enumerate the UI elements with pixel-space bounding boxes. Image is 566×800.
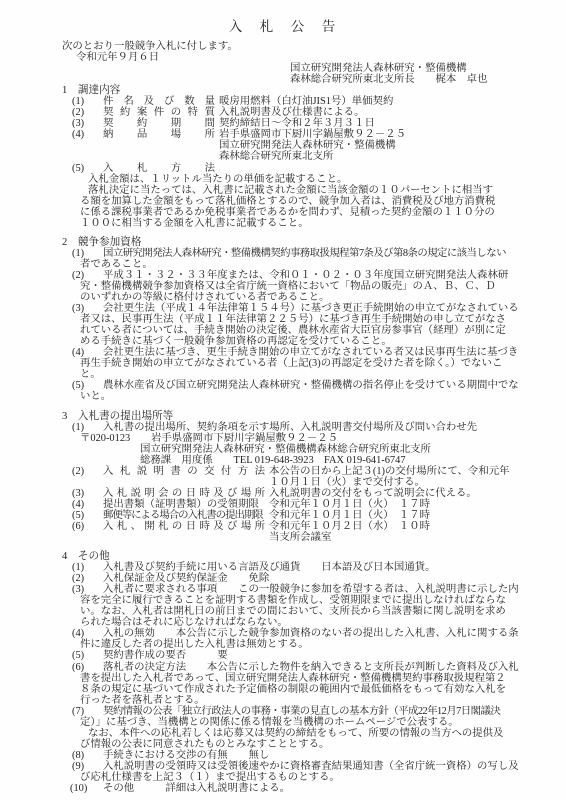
continuation-line: び情報の公表に同意されたものとみなすこととする。 xyxy=(0,739,566,750)
item-number: (10) xyxy=(70,783,99,794)
continuation-line: 者であること。 xyxy=(0,259,566,270)
text-segment: 落札者の決定方法 本公告に示した物件を納入できると支所長が判断した資料及び入札 xyxy=(103,662,519,673)
item-line: (2)入札保証金及び契約保証金 免除 xyxy=(0,573,566,584)
text-segment: られた場合はそれに応じなければならない。 xyxy=(80,617,288,628)
text-segment: 3 入札書の提出場所等 xyxy=(62,411,173,422)
item-line: (5)入札方法 xyxy=(0,163,566,174)
text-segment: 者であること。 xyxy=(80,259,153,270)
item-line: (6)落札者の決定方法 本公告に示した物件を納入できると支所長が判断した資料及び… xyxy=(0,662,566,673)
item-line: (5)契約書作成の要否 要 xyxy=(0,650,566,661)
text-segment: 当支所会議室 xyxy=(269,532,331,543)
text-segment: 総務課 用度係 TEL 019-648-3923 FAX 019-641-674… xyxy=(140,455,406,466)
item-label: 提出書類（証明書類）の受領期限 xyxy=(103,499,265,510)
text-segment: ８条の規定に基づいて作成された予定価格の制限の範囲内で最低価格をもって有効な入札… xyxy=(80,684,506,695)
continuation-line: 書を提出した入札者であって、国立研究開発法人森林研究・整備機構契約事務取扱規程第… xyxy=(0,673,566,684)
item-line: (3)会社更生法（平成１４年法律第１５４号）に基づき更正手続開始の申立てがなされ… xyxy=(0,303,566,314)
item-number: (5) xyxy=(72,380,99,391)
continuation-line: に係る課税事業者であるか免税事業者であるかを問わず、見積った契約金額の１１０分の xyxy=(0,207,566,218)
item-number: (8) xyxy=(72,750,99,761)
continuation-line: なお、本件への応札若しくは応募又は契約の締結をもって、所要の情報の当方への提供及 xyxy=(0,728,566,739)
item-line: (10)その他 詳細は入札説明書による。 xyxy=(0,783,566,794)
item-label: 契約期間 xyxy=(103,118,215,129)
section-4-heading: 4 その他 xyxy=(0,551,566,562)
continuation-line: １００に相当する金額を入札書に記載すること。 xyxy=(0,218,566,229)
item-line: (4)納品場所岩手県盛岡市下厨川字鍋屋敷９２－２５ xyxy=(0,129,566,140)
text-segment: 岩手県盛岡市下厨川字鍋屋敷９２－２５ xyxy=(219,129,406,140)
document-page: 入 札 公 告次のとおり一般競争入札に付します。令和元年９月６日国立研究開発法人… xyxy=(0,0,566,800)
item-number: (6) xyxy=(72,662,99,673)
item-line: (6)入札、開札の日時及び場所令和元年１０月２日（水） １０時 xyxy=(0,521,566,532)
item-label: 入札説明書の交付方法 xyxy=(103,466,265,477)
text-segment: 入札金額は、１リットル当たりの単価を記載すること。 xyxy=(88,174,347,185)
text-segment: 入 札 公 告 xyxy=(229,19,338,34)
text-segment: 手続きにおける交渉の有無 無し xyxy=(103,750,269,761)
item-number: (2) xyxy=(72,573,99,584)
item-number: (4) xyxy=(72,499,99,510)
item-label: 契約案件の特質 xyxy=(103,107,215,118)
continuation-line: い。なお、入札者は開札日の前日までの間において、支所長から当該書類に関し説明を求… xyxy=(0,606,566,617)
item-number: (7) xyxy=(72,706,99,717)
item-label: 郵便等による場合の入札書の提出期限 xyxy=(103,510,265,521)
text-segment: 次のとおり一般競争入札に付します。 xyxy=(62,41,238,52)
text-segment: 本公告の日から上記３(1)の交付場所にて、令和元年 xyxy=(269,466,510,477)
issuer-org-line: 国立研究開発法人森林研究・整備機構 xyxy=(0,63,566,74)
text-segment: れている者については、手続き開始の決定後、農林水産省大臣官房参事官（経理）が別に… xyxy=(80,325,506,336)
continuation-line: める手続きに基づく一般競争参加資格の再認定を受けていること。 xyxy=(0,336,566,347)
text-segment: 入札説明書の受領時又は受領後速やかに資格審査結果通知書（全省庁統一資格）の写し及 xyxy=(103,761,519,772)
text-segment: 〒020-0123 岩手県盛岡市下厨川字鍋屋敷９２－２５ xyxy=(80,433,338,444)
text-segment: に係る課税事業者であるか免税事業者であるかを問わず、見積った契約金額の１１０分の xyxy=(80,207,495,218)
text-segment: 平成３１・３２・３３年度または、令和０１・０２・０３年度国立研究開発法人森林研 xyxy=(103,270,508,281)
text-segment: 1 調達内容 xyxy=(62,85,120,96)
text-segment: 書を提出した入札者であって、国立研究開発法人森林研究・整備機構契約事務取扱規程第… xyxy=(80,673,506,684)
continuation-line: 件に違反した者の提出した入札書は無効とする。 xyxy=(0,639,566,650)
date-line: 令和元年９月６日 xyxy=(0,52,566,63)
item-line: (5)農林水産省及び国立研究開発法人森林研究・整備機構の指名停止を受けている期間… xyxy=(0,380,566,391)
continuation-line: 者又は、民事再生法（平成１１年法律第２２５号）に基づき再生手続開始の申し立てがな… xyxy=(0,314,566,325)
continuation-line: 究・整備機構競争参加資格又は全省庁統一資格において「物品の販売」のＡ、Ｂ、Ｃ、Ｄ xyxy=(0,281,566,292)
continuation-line: 行った者を落札者とする。 xyxy=(0,695,566,706)
item-number: (3) xyxy=(72,118,99,129)
item-label: 入札方法 xyxy=(103,163,215,174)
item-line: (2)契約案件の特質入札説明書及び仕様書による。 xyxy=(0,107,566,118)
continuation-line: れている者については、手続き開始の決定後、農林水産省大臣官房参事官（経理）が別に… xyxy=(0,325,566,336)
text-segment: 入札説明書の交付をもって説明会に代える。 xyxy=(269,488,477,499)
item-number: (6) xyxy=(72,521,99,532)
text-segment: 契約締結日～令和２年３月３１日 xyxy=(219,118,375,129)
text-segment: 入札保証金及び契約保証金 免除 xyxy=(103,573,269,584)
text-segment: 究・整備機構競争参加資格又は全省庁統一資格において「物品の販売」のＡ、Ｂ、Ｃ、Ｄ xyxy=(80,281,496,292)
item-line: (7)契約情報の公表「独立行政法人の事務・事業の見直しの基本方針（平成22年12… xyxy=(0,706,566,717)
continuation-line: と。 xyxy=(0,369,566,380)
item-number: (1) xyxy=(72,96,99,107)
text-segment: 落札決定に当たっては、入札書に記載された金額に当該金額の１０パーセントに相当す xyxy=(88,185,493,196)
continuation-line: 総務課 用度係 TEL 019-648-3923 FAX 019-641-674… xyxy=(0,455,566,466)
continuation-line: 容を完全に履行できることを証明する書類を作成し、受領期限までに提出しなければなら… xyxy=(0,595,566,606)
text-segment: 令和元年１０月１日（火） １７時 xyxy=(269,510,430,521)
text-segment: 国立研究開発法人森林研究・整備機構 xyxy=(290,63,467,74)
text-segment: 農林水産省及び国立研究開発法人森林研究・整備機構の指名停止を受けている期間中でな xyxy=(103,380,519,391)
text-segment: 令和元年１０月２日（水） １０時 xyxy=(269,521,430,532)
item-number: (4) xyxy=(72,347,99,358)
item-line: (3)入札者に要求される事項 この一般競争に参加を希望する者は、入札説明書に示し… xyxy=(0,584,566,595)
item-line: (4)提出書類（証明書類）の受領期限令和元年１０月１日（火） １７時 xyxy=(0,499,566,510)
text-segment: 定）」に基づき、当機構との関係に係る情報を当機構のホームページで公表する。 xyxy=(80,717,459,728)
text-segment: 会社更生法に基づき、更生手続き開始の申立てがなされている者又は民事再生法に基づき xyxy=(103,347,518,358)
text-segment: 入札説明書及び仕様書による。 xyxy=(219,107,364,118)
item-line: (9)入札説明書の受領時又は受領後速やかに資格審査結果通知書（全省庁統一資格）の… xyxy=(0,761,566,772)
text-segment: 入札書及び契約手続に用いる言語及び通貨 日本語及び日本国通貨。 xyxy=(103,562,436,573)
continuation-line: ８条の規定に基づいて作成された予定価格の制限の範囲内で最低価格をもって有効な入札… xyxy=(0,684,566,695)
text-segment: 国立研究開発法人森林研究・整備機構森林総合研究所東北支所 xyxy=(140,444,431,455)
continuation-line: 入札金額は、１リットル当たりの単価を記載すること。 xyxy=(0,174,566,185)
item-line: (1)件名及び数量暖房用燃料（白灯油JIS1号）単価契約 xyxy=(0,96,566,107)
text-segment: 入札書の提出場所、契約条項を示す場所、入札説明書交付場所及び問い合わせ先 xyxy=(103,422,477,433)
continuation-line: 国立研究開発法人森林研究・整備機構 xyxy=(0,140,566,151)
item-line: (4)入札の無効 本公告に示した競争参加資格のない者の提出した入札書、入札に関す… xyxy=(0,628,566,639)
item-line: (2)平成３１・３２・３３年度または、令和０１・０２・０３年度国立研究開発法人森… xyxy=(0,270,566,281)
continuation-line: 定）」に基づき、当機構との関係に係る情報を当機構のホームページで公表する。 xyxy=(0,717,566,728)
item-line: (4)会社更生法に基づき、更生手続き開始の申立てがなされている者又は民事再生法に… xyxy=(0,347,566,358)
item-line: (1)入札書及び契約手続に用いる言語及び通貨 日本語及び日本国通貨。 xyxy=(0,562,566,573)
section-2-heading: 2 競争参加資格 xyxy=(0,237,566,248)
item-label: 入札説明会の日時及び場所 xyxy=(103,488,265,499)
item-line: (1)入札書の提出場所、契約条項を示す場所、入札説明書交付場所及び問い合わせ先 xyxy=(0,422,566,433)
continuation-line: 国立研究開発法人森林研究・整備機構森林総合研究所東北支所 xyxy=(0,444,566,455)
item-number: (2) xyxy=(72,466,99,477)
continuation-line: のいずれかの等級に格付けされている者であること。 xyxy=(0,292,566,303)
text-segment: と。 xyxy=(80,369,101,380)
item-line: (2)入札説明書の交付方法本公告の日から上記３(1)の交付場所にて、令和元年 xyxy=(0,466,566,477)
text-segment: び情報の公表に同意されたものとみなすこととする。 xyxy=(80,739,329,750)
item-line: (3)契約期間契約締結日～令和２年３月３１日 xyxy=(0,118,566,129)
text-segment: 契約書作成の要否 要 xyxy=(103,650,228,661)
text-segment: いと。 xyxy=(80,391,111,402)
item-label: 件名及び数量 xyxy=(103,96,215,107)
continuation-line: び応札仕様書を上記３（１）まで提出するものとする。 xyxy=(0,772,566,783)
text-segment: 容を完全に履行できることを証明する書類を作成し、受領期限までに提出しなければなら… xyxy=(80,595,506,606)
item-line: (8)手続きにおける交渉の有無 無し xyxy=(0,750,566,761)
item-number: (2) xyxy=(72,107,99,118)
text-segment: なお、本件への応札若しくは応募又は契約の締結をもって、所要の情報の当方への提供及 xyxy=(88,728,503,739)
text-segment: 暖房用燃料（白灯油JIS1号）単価契約 xyxy=(219,96,393,107)
text-segment: １０月１日（火）まで交付する。 xyxy=(269,477,425,488)
item-number: (1) xyxy=(72,562,99,573)
section-3-heading: 3 入札書の提出場所等 xyxy=(0,411,566,422)
text-segment: 契約情報の公表「独立行政法人の事務・事業の見直しの基本方針（平成22年12月7日… xyxy=(103,706,500,717)
continuation-line: 当支所会議室 xyxy=(0,532,566,543)
item-number: (1) xyxy=(72,248,99,259)
text-segment: 入札者に要求される事項 この一般競争に参加を希望する者は、入札説明書に示した内 xyxy=(103,584,519,595)
continuation-line: 森林総合研究所東北支所 xyxy=(0,151,566,162)
text-segment: 会社更生法（平成１４年法律第１５４号）に基づき更正手続開始の申立てがなされている xyxy=(103,303,519,314)
item-label: 入札、開札の日時及び場所 xyxy=(103,521,265,532)
text-segment: のいずれかの等級に格付けされている者であること。 xyxy=(80,292,329,303)
item-number: (3) xyxy=(72,488,99,499)
continuation-line: られた場合はそれに応じなければならない。 xyxy=(0,617,566,628)
text-segment: 2 競争参加資格 xyxy=(62,237,141,248)
text-segment: 件に違反した者の提出した入札書は無効とする。 xyxy=(80,639,309,650)
text-segment: 国立研究開発法人森林研究・整備機構 xyxy=(219,140,396,151)
text-segment: い。なお、入札者は開札日の前日までの間において、支所長から当該書類に関し説明を求… xyxy=(80,606,506,617)
item-number: (4) xyxy=(72,129,99,140)
item-number: (2) xyxy=(72,270,99,281)
continuation-line: いと。 xyxy=(0,391,566,402)
item-number: (3) xyxy=(72,584,99,595)
text-segment: び応札仕様書を上記３（１）まで提出するものとする。 xyxy=(80,772,340,783)
item-number: (4) xyxy=(72,628,99,639)
text-segment: 森林総合研究所東北支所 xyxy=(219,151,333,162)
text-segment: １００に相当する金額を入札書に記載すること。 xyxy=(80,218,309,229)
item-label: 納品場所 xyxy=(103,129,215,140)
continuation-line: 落札決定に当たっては、入札書に記載された金額に当該金額の１０パーセントに相当す xyxy=(0,185,566,196)
item-line: (5)郵便等による場合の入札書の提出期限令和元年１０月１日（火） １７時 xyxy=(0,510,566,521)
item-number: (9) xyxy=(72,761,99,772)
text-segment: その他 詳細は入札説明書による。 xyxy=(103,783,290,794)
text-segment: 森林総合研究所東北支所長 梶本 卓也 xyxy=(290,74,487,85)
item-line: (1)国立研究開発法人森林研究・整備機構契約事務取扱規程第7条及び第8条の規定に… xyxy=(0,248,566,259)
continuation-line: 再生手続き開始の申立てがなされている者（上記(3)の再認定を受けた者を除く。）で… xyxy=(0,358,566,369)
item-number: (3) xyxy=(72,303,99,314)
continuation-line: １０月１日（火）まで交付する。 xyxy=(0,477,566,488)
item-number: (5) xyxy=(72,510,99,521)
text-segment: 4 その他 xyxy=(62,551,110,562)
item-number: (5) xyxy=(72,650,99,661)
section-1-heading: 1 調達内容 xyxy=(0,85,566,96)
item-number: (5) xyxy=(72,163,99,174)
text-segment: 令和元年１０月１日（火） １７時 xyxy=(269,499,430,510)
text-segment: める手続きに基づく一般競争参加資格の再認定を受けていること。 xyxy=(80,336,392,347)
text-segment: 国立研究開発法人森林研究・整備機構契約事務取扱規程第7条及び第8条の規定に該当し… xyxy=(103,248,506,259)
text-segment: る額を加算した金額をもって落札価格とするので、競争加入者は、消費税及び地方消費税 xyxy=(80,196,495,207)
item-number: (1) xyxy=(72,422,99,433)
text-segment: 令和元年９月６日 xyxy=(76,52,159,63)
issuer-name-line: 森林総合研究所東北支所長 梶本 卓也 xyxy=(0,74,566,85)
continuation-line: 〒020-0123 岩手県盛岡市下厨川字鍋屋敷９２－２５ xyxy=(0,433,566,444)
doc-title: 入 札 公 告 xyxy=(0,18,566,35)
text-segment: 者又は、民事再生法（平成１１年法律第２２５号）に基づき再生手続開始の申し立てがな… xyxy=(80,314,506,325)
intro-line: 次のとおり一般競争入札に付します。 xyxy=(0,41,566,52)
text-segment: 行った者を落札者とする。 xyxy=(80,695,205,706)
continuation-line: る額を加算した金額をもって落札価格とするので、競争加入者は、消費税及び地方消費税 xyxy=(0,196,566,207)
text-segment: 入札の無効 本公告に示した競争参加資格のない者の提出した入札書、入札に関する条 xyxy=(103,628,519,639)
item-line: (3)入札説明会の日時及び場所入札説明書の交付をもって説明会に代える。 xyxy=(0,488,566,499)
text-segment: 再生手続き開始の申立てがなされている者（上記(3)の再認定を受けた者を除く。）で… xyxy=(80,358,502,369)
